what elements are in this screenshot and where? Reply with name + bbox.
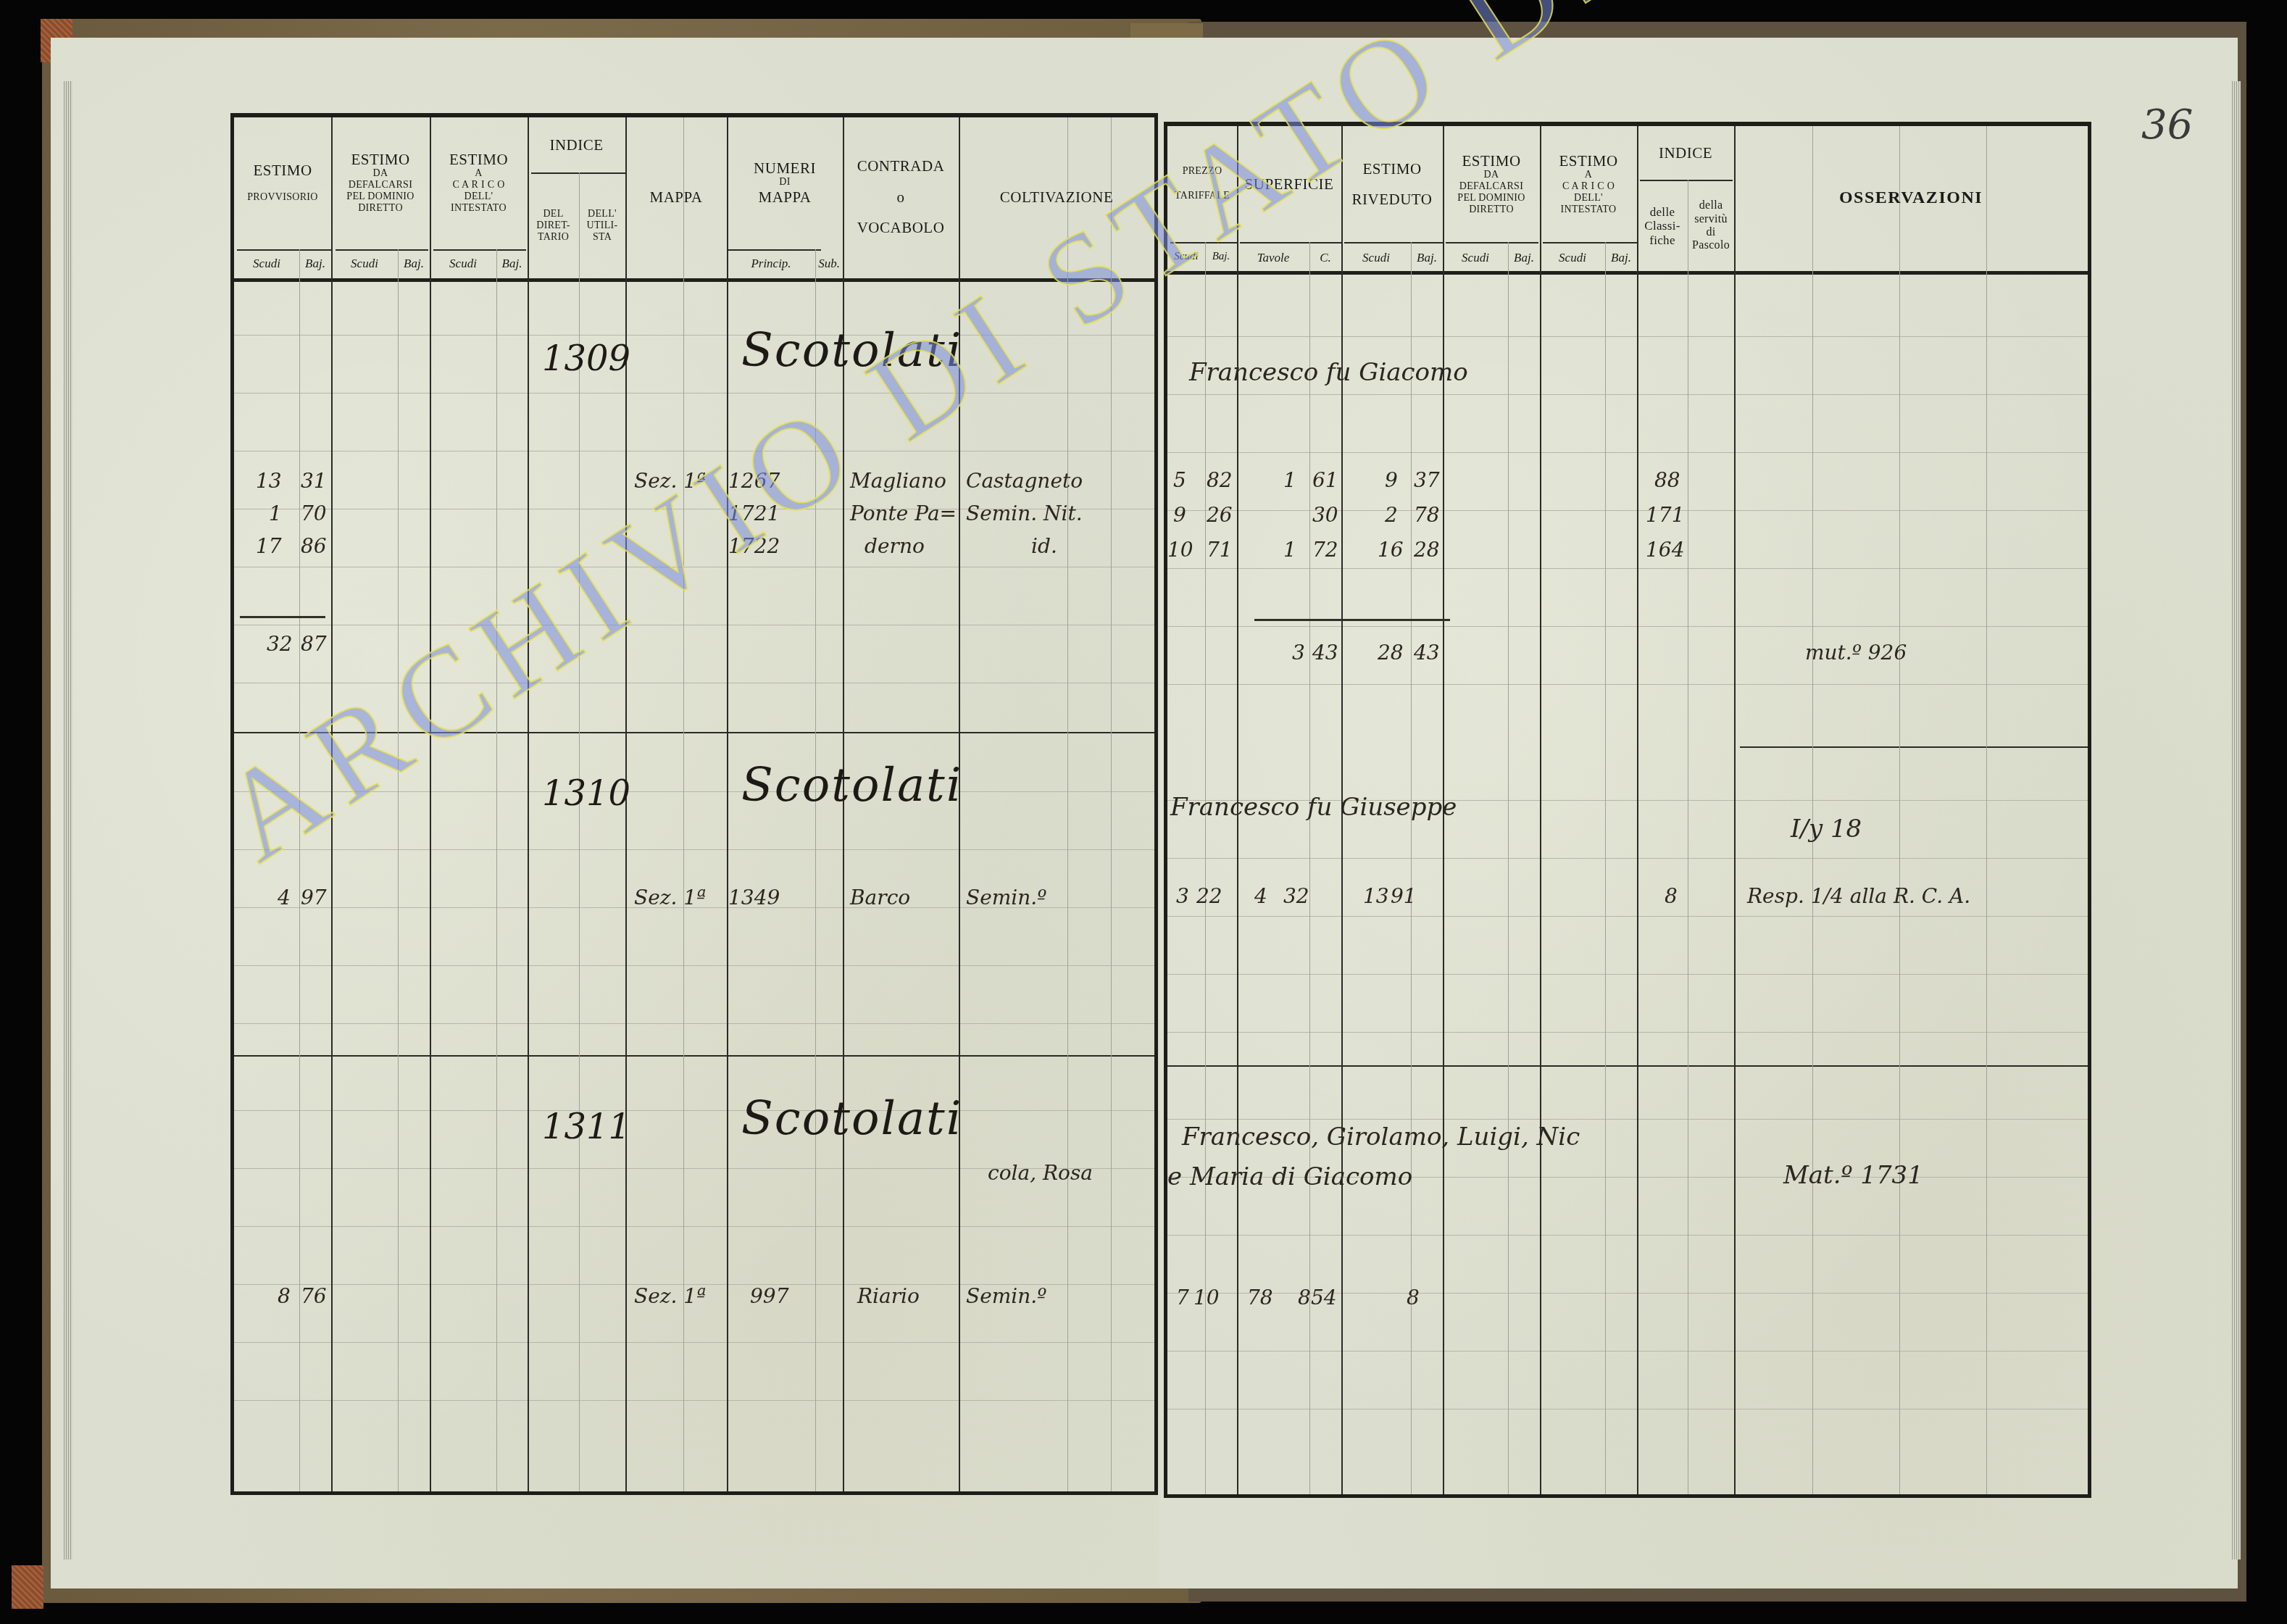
header-estimo-riveduto: ESTIMO RIVEDUTO <box>1341 126 1443 242</box>
sub-baj: Baj. <box>398 257 430 271</box>
sub-princip: Princip. <box>727 257 815 271</box>
entry-separator <box>234 732 1154 733</box>
entry-number: 1310 <box>542 773 630 814</box>
header-coltivazione: COLTIVAZIONE <box>959 117 1154 277</box>
header-rule <box>1167 271 2088 275</box>
header-numeri-mappa: NUMERI DI MAPPA <box>727 117 843 248</box>
entry-surname: Scotolati <box>741 324 962 378</box>
header-mappa: MAPPA <box>625 117 727 277</box>
total-estimo-scudi: 32 <box>267 632 293 656</box>
entry-surname: Scotolati <box>741 1092 962 1146</box>
page-edge <box>64 81 72 1560</box>
total-line <box>240 616 325 618</box>
sub-scudi: Scudi <box>234 257 299 271</box>
osservazioni-note: Mat.º 1731 <box>1783 1161 1923 1190</box>
page-number: 36 <box>2141 101 2193 149</box>
owner-continuation: cola, Rosa <box>988 1161 1093 1185</box>
header-estimo-defalcarsi: ESTIMO DA DEFALCARSI PEL DOMINIO DIRETTO <box>1443 126 1540 242</box>
header-superficie: SUPERFICIE <box>1237 126 1341 242</box>
sub-scudi: Scudi <box>331 257 398 271</box>
entry-number: 1311 <box>542 1107 630 1147</box>
header-indice-direttario: DEL DIRET- TARIO <box>528 175 579 277</box>
header-estimo-defalcarsi: ESTIMO DA DEFALCARSI PEL DOMINIO DIRETTO <box>331 117 430 248</box>
sub-sub: Sub. <box>815 257 843 271</box>
header-estimo-carico: ESTIMO A C A R I C O DELL' INTESTATO <box>1540 126 1637 242</box>
entry-separator <box>234 1055 1154 1057</box>
sub-baj: Baj. <box>496 257 528 271</box>
header-estimo-carico: ESTIMO A C A R I C O DELL' INTESTATO <box>430 117 528 248</box>
entry-surname: Scotolati <box>741 759 962 812</box>
header-indice-pascolo: della servitù di Pascolo <box>1688 183 1734 270</box>
sub-baj: Baj. <box>299 257 331 271</box>
osservazioni-note: Resp. 1/4 alla R. C. A. <box>1747 884 1970 908</box>
total-line <box>1254 619 1450 621</box>
osservazioni-note: mut.º 926 <box>1805 641 1907 665</box>
left-register-table: ESTIMO PROVVISORIO ESTIMO DA DEFALCARSI … <box>230 113 1158 1495</box>
corner-cloth <box>12 1565 43 1609</box>
annotation: I/y 18 <box>1791 815 1862 844</box>
header-rule <box>234 278 1154 282</box>
owner-name: Francesco fu Giacomo <box>1189 358 1468 387</box>
header-indice-classifiche: delle Classi- fiche <box>1637 183 1688 270</box>
page-edge <box>2232 81 2241 1560</box>
sub-scudi: Scudi <box>430 257 496 271</box>
owner-name-line1: Francesco, Girolamo, Luigi, Nic <box>1182 1123 1580 1152</box>
entry-number: 1309 <box>542 338 630 379</box>
entry-separator <box>1167 1065 2088 1067</box>
right-register-table: PREZZO TARIFFALE SUPERFICIE ESTIMO RIVED… <box>1164 122 2091 1498</box>
header-indice: INDICE <box>528 117 625 172</box>
header-estimo-provvisorio: ESTIMO PROVVISORIO <box>234 117 331 248</box>
header-prezzo-tariffale: PREZZO TARIFFALE <box>1167 126 1237 242</box>
header-osservazioni: OSSERVAZIONI <box>1734 126 2088 271</box>
header-contrada-vocabolo: CONTRADA o VOCABOLO <box>843 117 959 277</box>
total-estimo-baj: 87 <box>301 632 327 656</box>
owner-name: Francesco fu Giuseppe <box>1170 793 1457 822</box>
header-indice-utilista: DELL' UTILI- STA <box>579 175 625 277</box>
entry-separator <box>1740 746 2088 748</box>
header-indice: INDICE <box>1637 126 1734 180</box>
owner-name-line2: e Maria di Giacomo <box>1167 1162 1412 1191</box>
